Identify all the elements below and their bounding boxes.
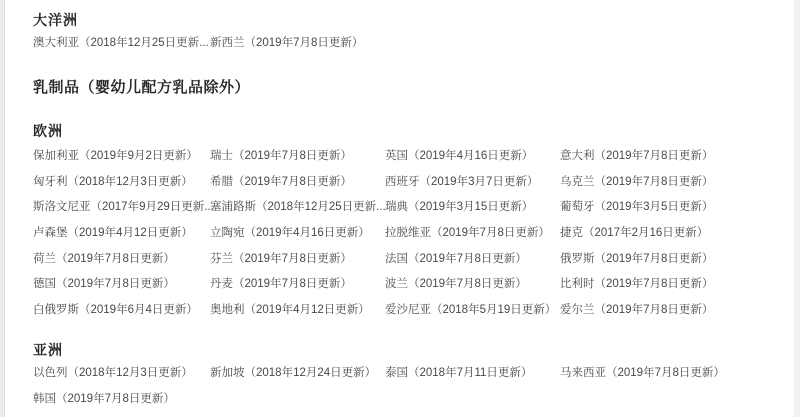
country-link[interactable]: 比利时（2019年7月8日更新）	[560, 272, 790, 298]
country-link[interactable]: 爱尔兰（2019年7月8日更新）	[560, 298, 790, 324]
country-link[interactable]: 澳大利亚（2018年12月25日更新...	[33, 31, 210, 57]
country-link[interactable]: 匈牙利（2018年12月3日更新）	[33, 170, 210, 196]
country-link[interactable]: 捷克（2017年2月16日更新）	[560, 221, 790, 247]
country-link[interactable]: 以色列（2018年12月3日更新）	[33, 361, 210, 387]
country-link[interactable]: 希腊（2019年7月8日更新）	[210, 170, 385, 196]
country-link[interactable]: 芬兰（2019年7月8日更新）	[210, 247, 385, 273]
country-link[interactable]: 乌克兰（2019年7月8日更新）	[560, 170, 790, 196]
country-link[interactable]: 瑞典（2019年3月15日更新）	[385, 195, 560, 221]
country-link[interactable]: 拉脱维亚（2019年7月8日更新）	[385, 221, 560, 247]
country-link[interactable]: 波兰（2019年7月8日更新）	[385, 272, 560, 298]
country-link[interactable]: 意大利（2019年7月8日更新）	[560, 144, 790, 170]
country-link[interactable]: 韩国（2019年7月8日更新）	[33, 387, 210, 413]
country-link[interactable]: 英国（2019年4月16日更新）	[385, 144, 560, 170]
country-link[interactable]: 立陶宛（2019年4月16日更新）	[210, 221, 385, 247]
country-link[interactable]: 俄罗斯（2019年7月8日更新）	[560, 247, 790, 273]
country-link[interactable]: 卢森堡（2019年4月12日更新）	[33, 221, 210, 247]
country-list-asia: 以色列（2018年12月3日更新） 新加坡（2018年12月24日更新） 泰国（…	[33, 361, 790, 412]
country-link[interactable]: 新加坡（2018年12月24日更新）	[210, 361, 385, 387]
country-link[interactable]: 泰国（2018年7月11日更新）	[385, 361, 560, 387]
country-link[interactable]: 法国（2019年7月8日更新）	[385, 247, 560, 273]
country-link[interactable]: 马来西亚（2019年7月8日更新）	[560, 361, 790, 387]
country-link[interactable]: 瑞士（2019年7月8日更新）	[210, 144, 385, 170]
article-page: 大洋洲 澳大利亚（2018年12月25日更新... 新西兰（2019年7月8日更…	[0, 0, 800, 417]
country-link[interactable]: 白俄罗斯（2019年6月4日更新）	[33, 298, 210, 324]
country-link[interactable]: 西班牙（2019年3月7日更新）	[385, 170, 560, 196]
country-link[interactable]: 保加利亚（2019年9月2日更新）	[33, 144, 210, 170]
country-link[interactable]: 奥地利（2019年4月12日更新）	[210, 298, 385, 324]
country-link[interactable]: 塞浦路斯（2018年12月25日更新...	[210, 195, 385, 221]
section-title-oceania: 大洋洲	[33, 10, 78, 30]
country-link[interactable]: 斯洛文尼亚（2017年9月29日更新...	[33, 195, 210, 221]
country-link[interactable]: 爱沙尼亚（2018年5月19日更新）	[385, 298, 560, 324]
country-list-europe: 保加利亚（2019年9月2日更新） 瑞士（2019年7月8日更新） 英国（201…	[33, 144, 790, 324]
country-list-oceania: 澳大利亚（2018年12月25日更新... 新西兰（2019年7月8日更新）	[33, 31, 790, 57]
page-right-edge	[794, 0, 800, 417]
section-title-europe: 欧洲	[33, 121, 63, 141]
country-link[interactable]: 葡萄牙（2019年3月5日更新）	[560, 195, 790, 221]
category-heading: 乳制品（婴幼儿配方乳品除外）	[33, 76, 250, 97]
country-link[interactable]: 丹麦（2019年7月8日更新）	[210, 272, 385, 298]
country-link[interactable]: 荷兰（2019年7月8日更新）	[33, 247, 210, 273]
country-link[interactable]: 德国（2019年7月8日更新）	[33, 272, 210, 298]
country-link[interactable]: 新西兰（2019年7月8日更新）	[210, 31, 385, 57]
section-title-asia: 亚洲	[33, 340, 63, 360]
page-left-edge	[0, 0, 5, 417]
